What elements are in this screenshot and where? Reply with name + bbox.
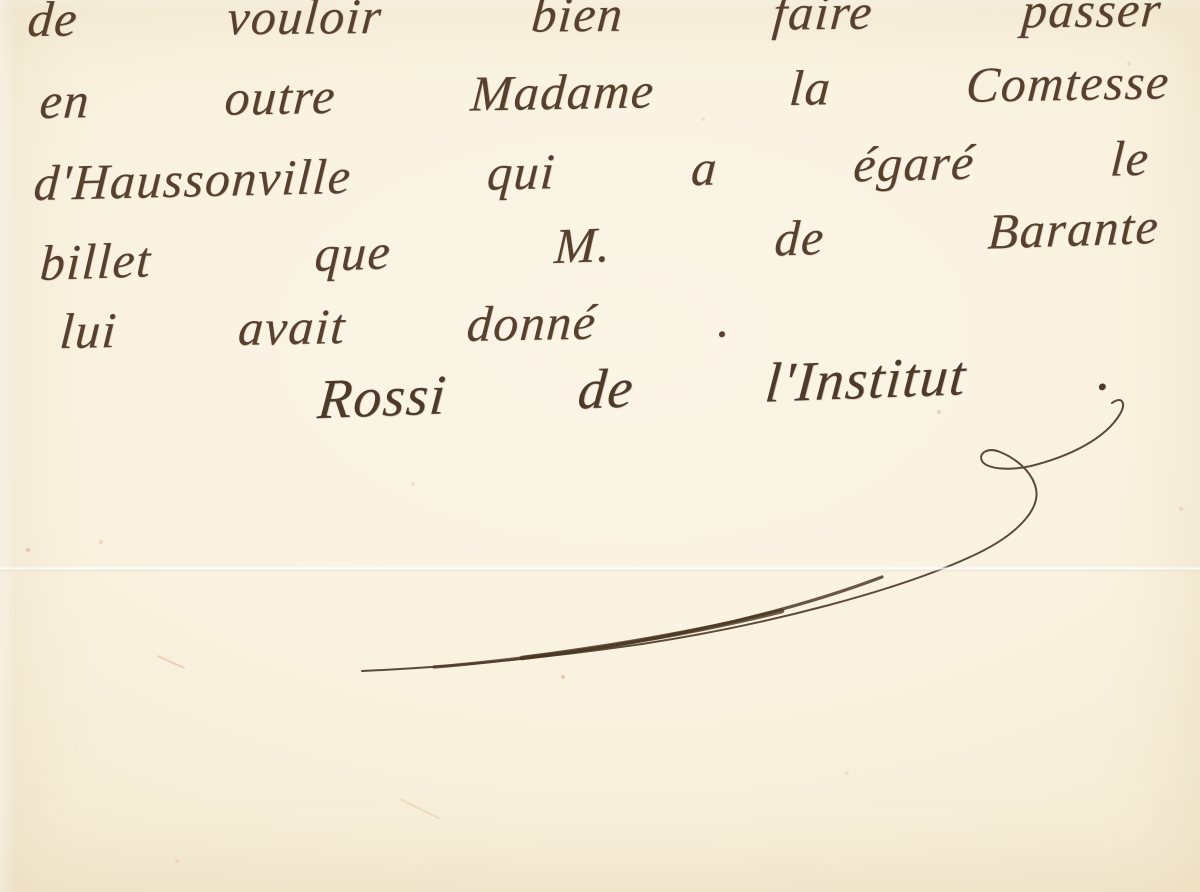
fold-crease [0, 566, 1200, 572]
paper-speckles [0, 0, 2, 2]
letter-page: de vouloir bien faire passer en outre Ma… [0, 0, 1200, 892]
signature-flourish-icon [0, 0, 1200, 892]
